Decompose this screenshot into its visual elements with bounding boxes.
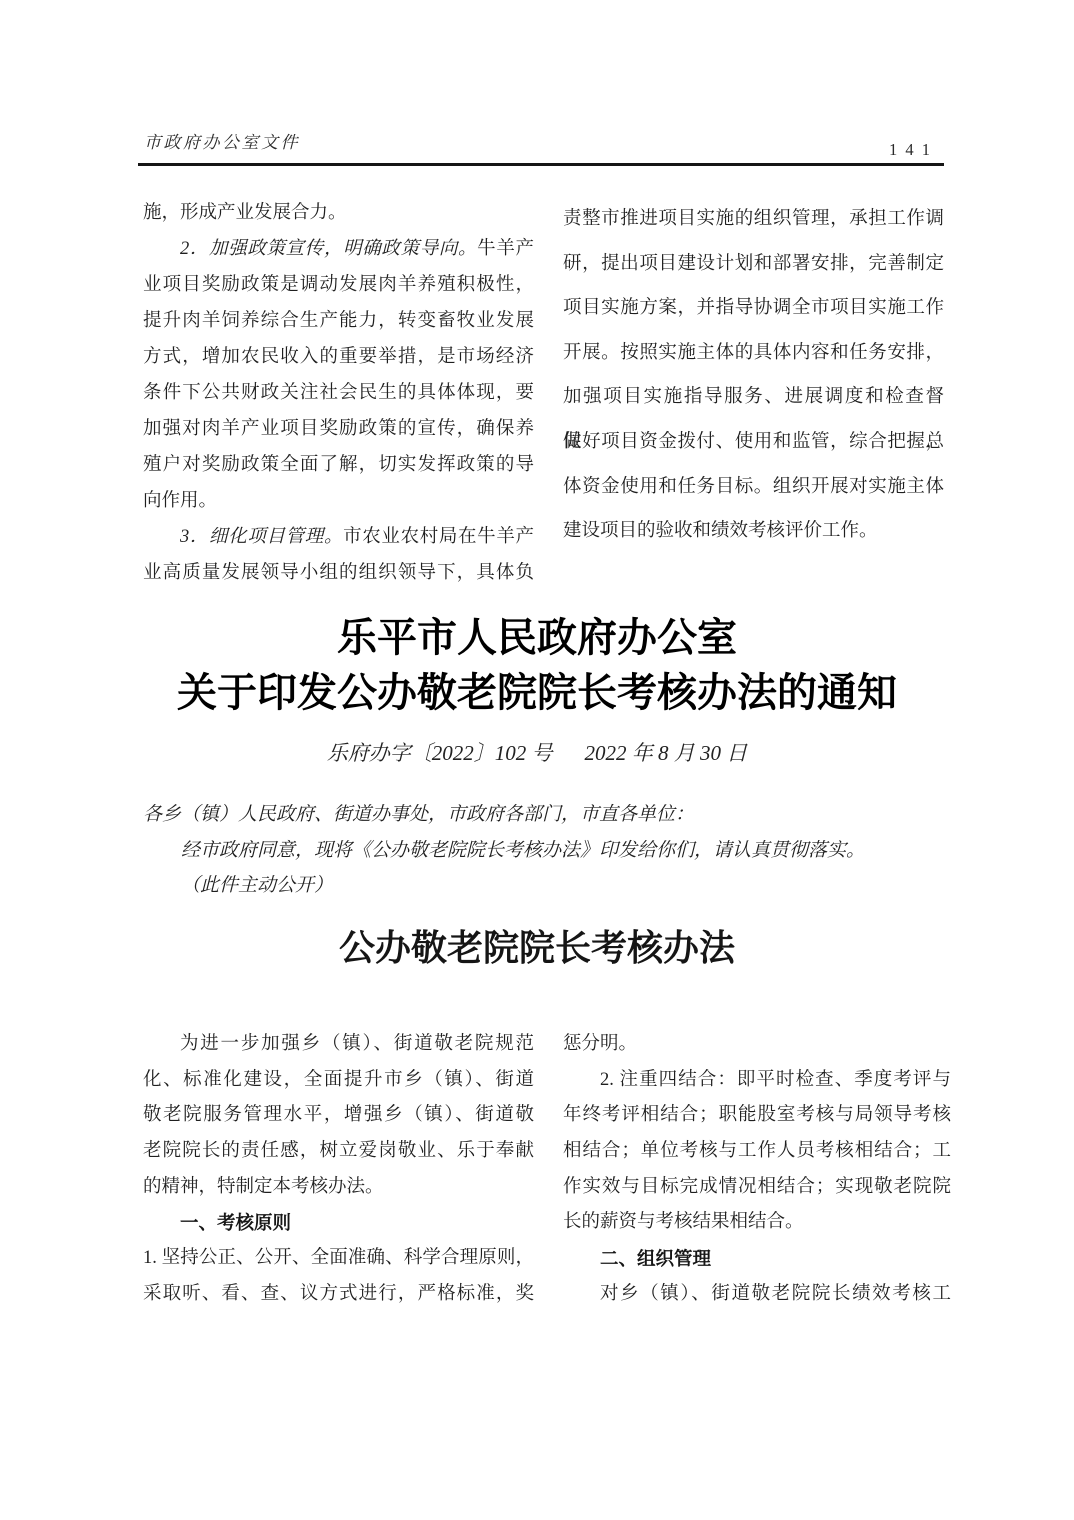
method-title: 公办敬老院院长考核办法 <box>137 922 937 974</box>
notice-title-line1: 乐平市人民政府办公室 <box>137 610 937 665</box>
notice-body-line: 经市政府同意，现将《公办敬老院院长考核办法》印发给你们，请认真贯彻落实。 <box>143 833 959 869</box>
kai-segment: 3．细化项目管理。 <box>180 527 343 547</box>
text-line: 3．细化项目管理。市农业农村局在牛羊产 <box>143 519 534 555</box>
lower-left-column: 为进一步加强乡（镇）、街道敬老院规范 化、标准化建设，全面提升市乡（镇）、街道 … <box>143 1027 534 1313</box>
text-line: 化、标准化建设，全面提升市乡（镇）、街道 <box>143 1063 534 1099</box>
text-line: 殖户对奖励政策全面了解，切实发挥政策的导 <box>143 447 534 483</box>
text-line: 年终考评相结合；职能股室考核与局领导考核 <box>563 1098 951 1134</box>
page-number: 1 4 1 <box>889 140 932 160</box>
header-doc-type: 市政府办公室文件 <box>144 128 300 153</box>
text-line: 2. 注重四结合：即平时检查、季度考评与 <box>563 1063 951 1099</box>
kai-segment: 2．加强政策宣传，明确政策导向。 <box>180 239 477 259</box>
text-line: 加强项目实施指导服务、进展调度和检查督促， <box>563 375 944 420</box>
text-line: 建设项目的验收和绩效考核评价工作。 <box>563 509 944 554</box>
doc-number-line: 乐府办字〔2022〕102 号2022 年 8 月 30 日 <box>137 738 937 768</box>
lower-right-column: 惩分明。 2. 注重四结合：即平时检查、季度考评与 年终考评相结合；职能股室考核… <box>563 1027 951 1313</box>
text-line: 向作用。 <box>143 483 534 519</box>
text-segment: 牛羊产 <box>477 239 534 259</box>
text-line: 方式，增加农民收入的重要举措，是市场经济 <box>143 339 534 375</box>
disclosure-note: （此件主动公开） <box>143 868 959 904</box>
notice-title: 乐平市人民政府办公室 关于印发公办敬老院院长考核办法的通知 <box>137 610 937 720</box>
text-line: 相结合；单位考核与工作人员考核相结合；工 <box>563 1134 951 1170</box>
notice-intro: 各乡（镇）人民政府、街道办事处，市政府各部门，市直各单位： 经市政府同意，现将《… <box>143 797 959 904</box>
document-page: 市政府办公室文件 1 4 1 施，形成产业发展合力。 2．加强政策宣传，明确政策… <box>0 0 1074 1520</box>
text-line: 责整市推进项目实施的组织管理，承担工作调 <box>563 197 944 242</box>
text-line: 施，形成产业发展合力。 <box>143 195 534 231</box>
text-line: 老院院长的责任感，树立爱岗敬业、乐于奉献 <box>143 1134 534 1170</box>
text-line: 的精神，特制定本考核办法。 <box>143 1170 534 1206</box>
header-rule <box>138 163 944 166</box>
text-line: 长的薪资与考核结果相结合。 <box>563 1205 951 1241</box>
text-segment: 市农业农村局在牛羊产 <box>343 527 534 547</box>
text-line: 敬老院服务管理水平，增强乡（镇）、街道敬 <box>143 1098 534 1134</box>
doc-date: 2022 年 8 月 30 日 <box>585 741 748 765</box>
text-line: 1. 坚持公正、公开、全面准确、科学合理原则， <box>143 1241 534 1277</box>
text-line: 项目实施方案，并指导协调全市项目实施工作 <box>563 286 944 331</box>
text-line: 业高质量发展领导小组的组织领导下，具体负 <box>143 555 534 591</box>
notice-title-line2: 关于印发公办敬老院院长考核办法的通知 <box>137 665 937 720</box>
addressee-line: 各乡（镇）人民政府、街道办事处，市政府各部门，市直各单位： <box>143 797 959 833</box>
text-line: 对乡（镇）、街道敬老院院长绩效考核工 <box>563 1277 951 1313</box>
section-heading: 二、组织管理 <box>563 1241 951 1277</box>
text-line: 体资金使用和任务目标。组织开展对实施主体 <box>563 465 944 510</box>
text-line: 做好项目资金拨付、使用和监管，综合把握总 <box>563 420 944 465</box>
section-heading: 一、考核原则 <box>143 1205 534 1241</box>
text-line: 条件下公共财政关注社会民生的具体体现，要 <box>143 375 534 411</box>
text-line: 惩分明。 <box>563 1027 951 1063</box>
text-line: 加强对肉羊产业项目奖励政策的宣传，确保养 <box>143 411 534 447</box>
text-line: 提升肉羊饲养综合生产能力，转变畜牧业发展 <box>143 303 534 339</box>
upper-right-column: 责整市推进项目实施的组织管理，承担工作调 研，提出项目建设计划和部署安排，完善制… <box>563 197 944 554</box>
upper-left-column: 施，形成产业发展合力。 2．加强政策宣传，明确政策导向。牛羊产 业项目奖励政策是… <box>143 195 534 591</box>
text-line: 2．加强政策宣传，明确政策导向。牛羊产 <box>143 231 534 267</box>
text-line: 业项目奖励政策是调动发展肉羊养殖积极性， <box>143 267 534 303</box>
text-line: 为进一步加强乡（镇）、街道敬老院规范 <box>143 1027 534 1063</box>
doc-number: 乐府办字〔2022〕102 号 <box>327 741 553 765</box>
text-line: 研，提出项目建设计划和部署安排，完善制定 <box>563 242 944 287</box>
text-line: 作实效与目标完成情况相结合；实现敬老院院 <box>563 1170 951 1206</box>
text-line: 采取听、看、查、议方式进行，严格标准，奖 <box>143 1277 534 1313</box>
text-line: 开展。按照实施主体的具体内容和任务安排， <box>563 331 944 376</box>
